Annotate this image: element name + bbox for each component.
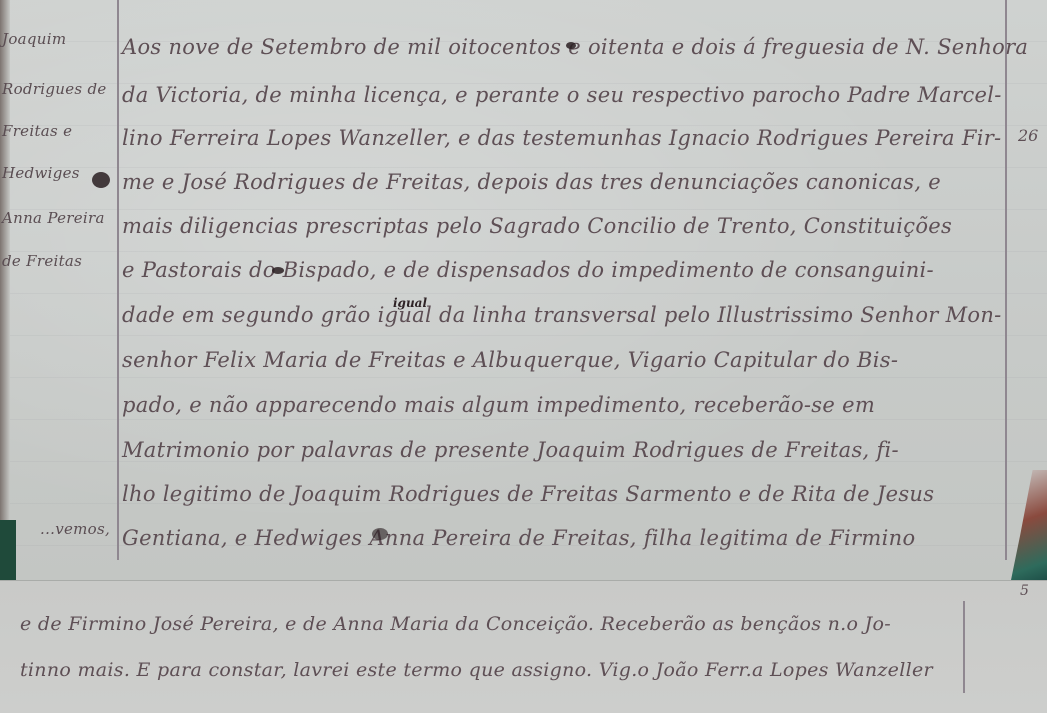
margin-note: Joaquim — [2, 30, 66, 48]
register-line: e de Firmino José Pereira, e de Anna Mar… — [20, 613, 891, 635]
margin-note: de Freitas — [2, 252, 82, 270]
register-line: da Victoria, de minha licença, e perante… — [122, 83, 1002, 107]
register-line: dade em segundo grão igual da linha tran… — [122, 303, 1002, 327]
register-line: me e José Rodrigues de Freitas, depois d… — [122, 170, 941, 194]
register-page-upper-strip: Joaquim Rodrigues de Freitas e Hedwiges … — [0, 0, 1047, 580]
register-line: Matrimonio por palavras de presente Joaq… — [122, 438, 899, 462]
page-marker: 26 — [1018, 126, 1038, 145]
margin-note: ...vemos, — [40, 520, 110, 538]
margin-note: Anna Pereira — [2, 209, 105, 227]
right-margin-rule — [1005, 0, 1007, 560]
page-marker: 5 — [1020, 583, 1029, 599]
ink-blot — [566, 42, 576, 49]
ink-blot — [272, 267, 284, 274]
register-line: pado, e não apparecendo mais algum imped… — [122, 393, 875, 417]
binding-edge — [0, 520, 16, 580]
register-line: e Pastorais do Bispado, e de dispensados… — [122, 258, 934, 282]
margin-note: Hedwiges — [2, 164, 80, 182]
register-line: lino Ferreira Lopes Wanzeller, e das tes… — [122, 126, 1001, 150]
margin-note: Rodrigues de — [2, 80, 107, 98]
register-line: mais diligencias prescriptas pelo Sagrad… — [122, 214, 952, 238]
register-line: lho legitimo de Joaquim Rodrigues de Fre… — [122, 482, 934, 506]
right-margin-rule — [963, 601, 965, 693]
torn-page-corner — [1011, 470, 1047, 580]
register-line: Gentiana, e Hedwiges Anna Pereira de Fre… — [122, 526, 915, 550]
ink-blot — [92, 172, 110, 188]
interlinear-insertion: igual — [393, 296, 427, 310]
left-margin-rule — [117, 0, 119, 560]
margin-note: Freitas e — [2, 122, 72, 140]
register-page-lower-strip: 5 e de Firmino José Pereira, e de Anna M… — [0, 580, 1047, 713]
register-line: senhor Felix Maria de Freitas e Albuquer… — [122, 348, 898, 372]
ink-blot — [372, 528, 388, 540]
register-line: tinno mais. E para constar, lavrei este … — [20, 659, 933, 681]
